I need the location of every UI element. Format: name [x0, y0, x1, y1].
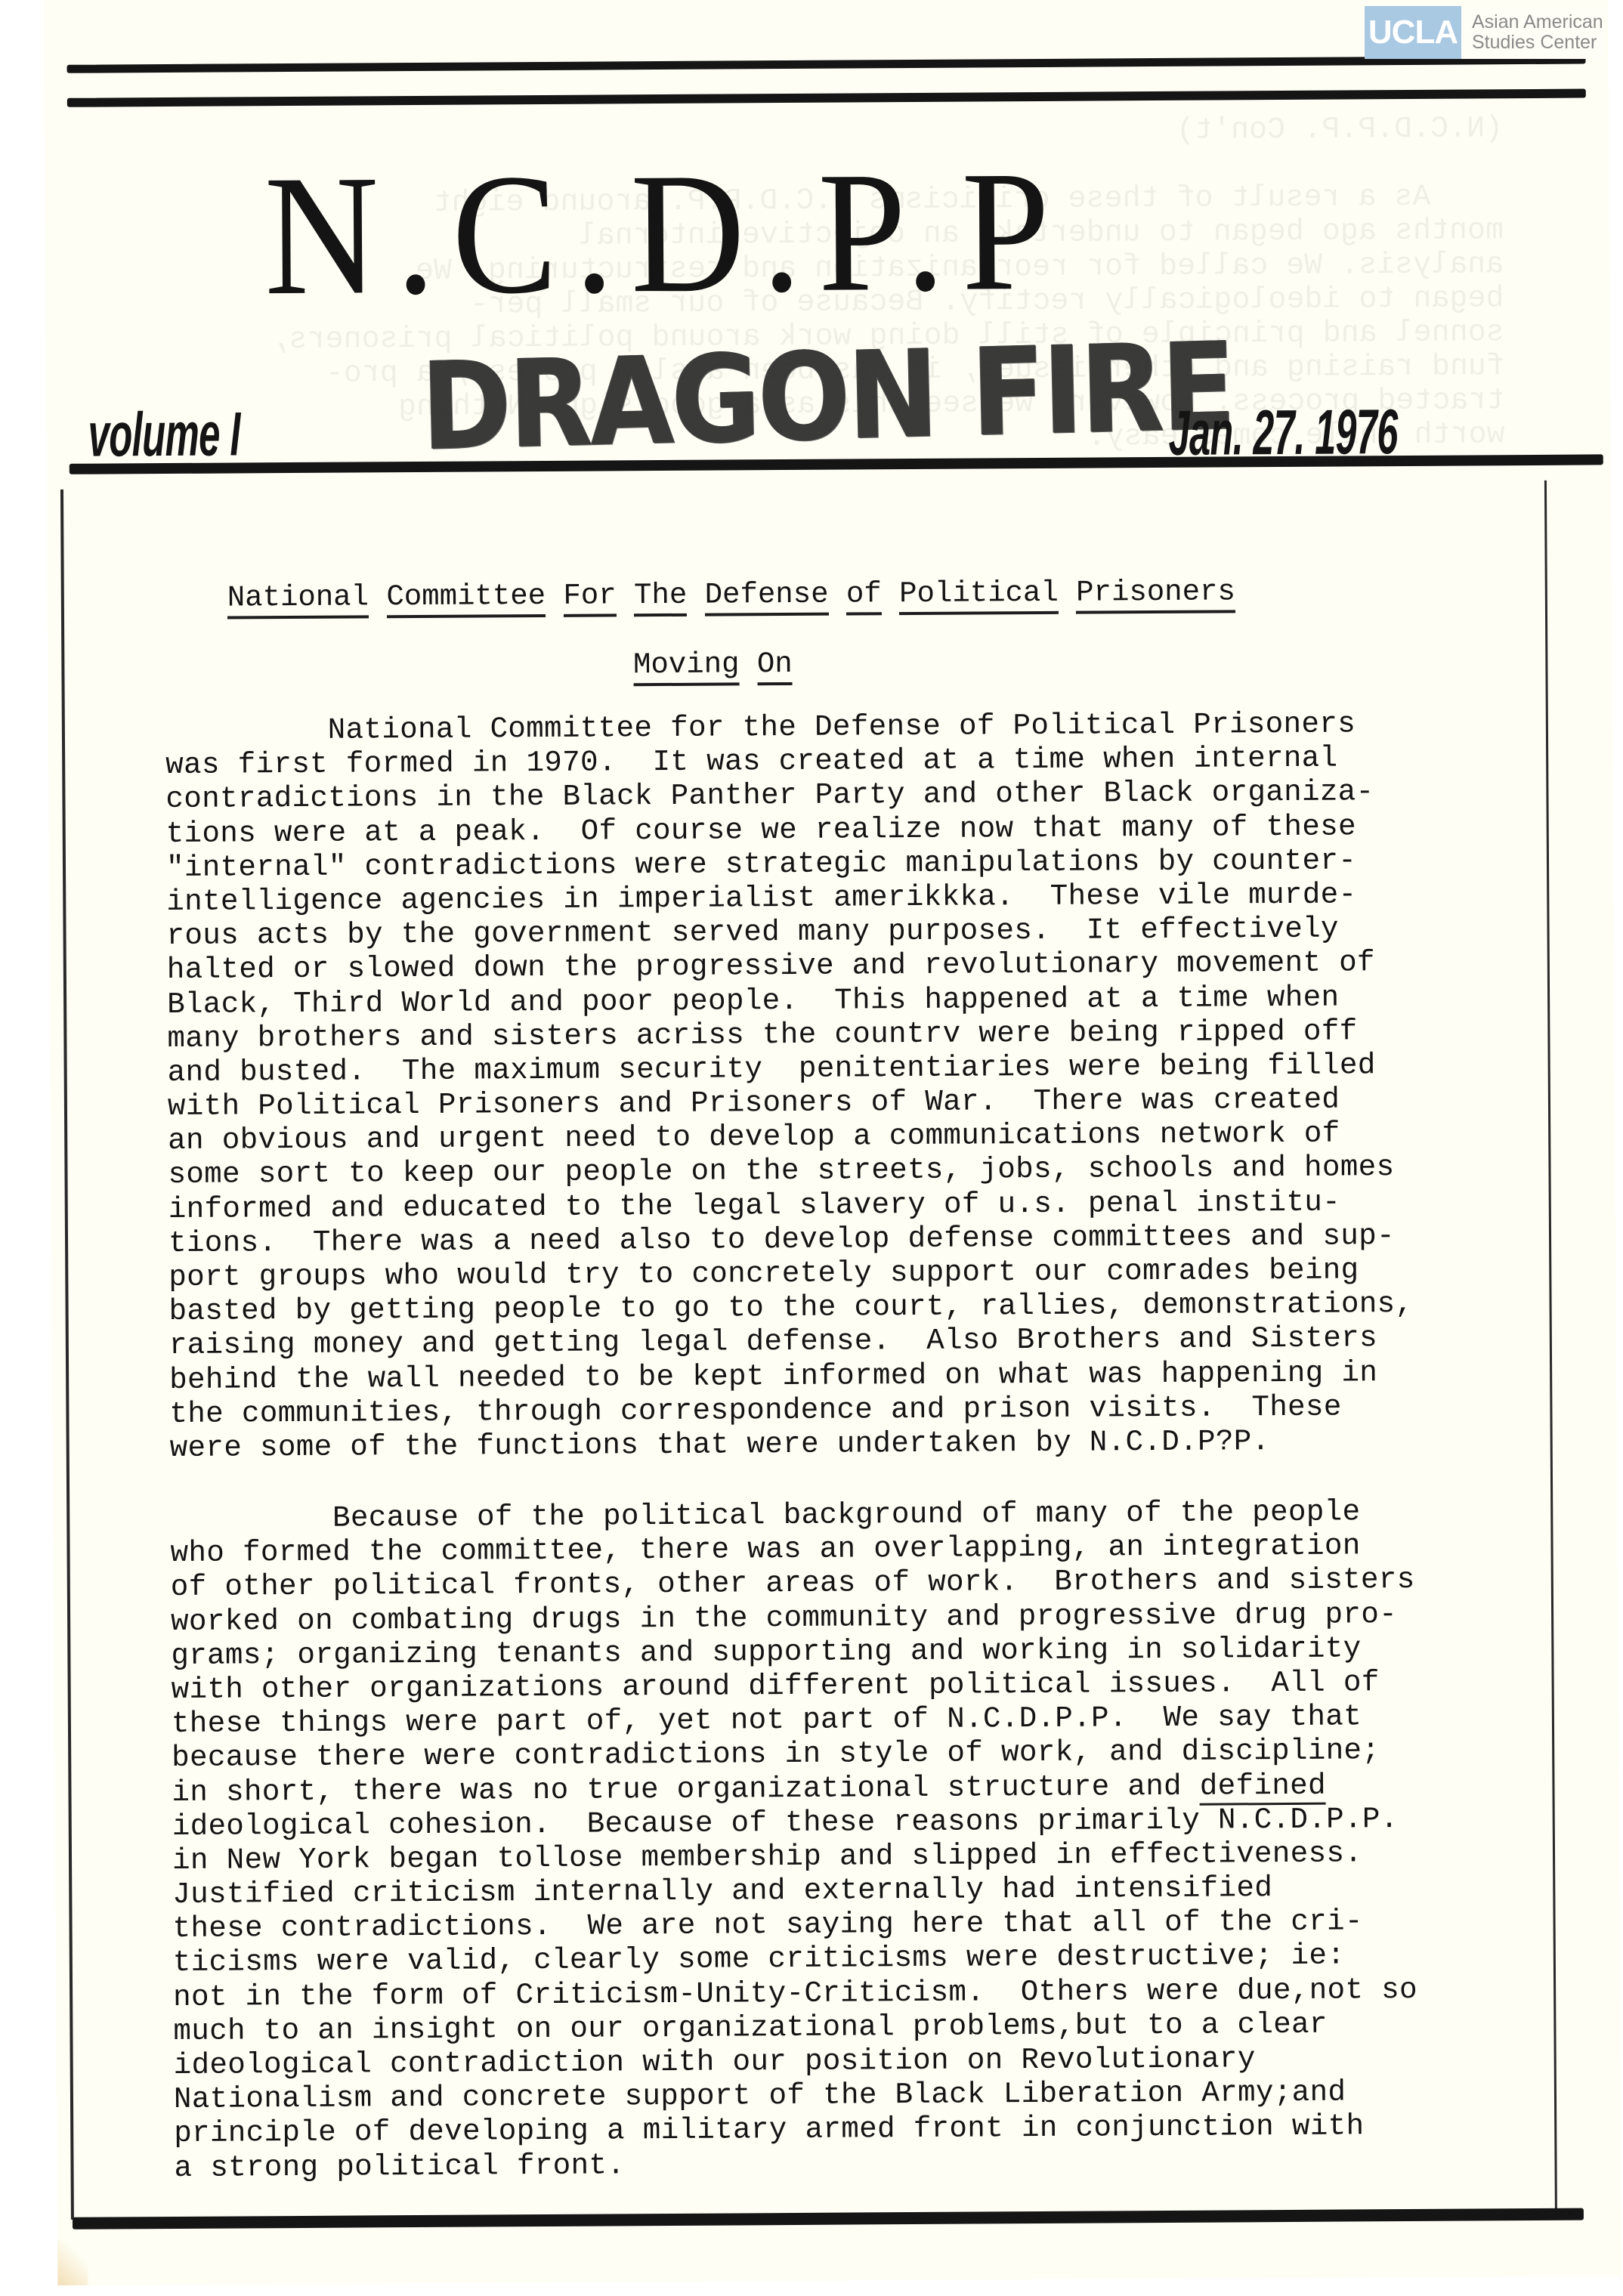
volume-label: volume I: [88, 403, 240, 466]
heading-word: Prisoners: [1076, 575, 1235, 613]
archive-name: Asian American Studies Center: [1472, 12, 1603, 53]
article-paragraph-2: Because of the political background of m…: [170, 1494, 1473, 2185]
title-word: On: [757, 647, 793, 685]
underlined-word: defined: [1200, 1768, 1326, 1805]
ucla-logo: UCLA: [1365, 6, 1461, 59]
newsletter-title: DRAGON FIRE: [420, 326, 1235, 468]
heading-word: The: [634, 579, 688, 616]
archive-name-line-1: Asian American: [1472, 12, 1603, 32]
heading-word: Defense: [705, 578, 829, 616]
archive-badge: UCLA Asian American Studies Center: [1365, 6, 1603, 59]
article-paragraph-1: National Committee for the Defense of Po…: [165, 706, 1470, 1466]
heading-word: Committee: [386, 579, 546, 618]
top-rule-2: [67, 89, 1586, 107]
masthead-acronym: N.C.D.P.P: [264, 144, 1307, 322]
archive-name-line-2: Studies Center: [1472, 32, 1603, 53]
title-word: Moving: [633, 647, 740, 686]
heading-word: National: [227, 580, 369, 619]
newsletter-page: (N.C.D.P.P. Con't) As a result of these …: [44, 0, 1621, 2285]
heading-word: Political: [899, 576, 1059, 615]
heading-word: For: [563, 579, 617, 616]
top-rule-1: [67, 56, 1586, 73]
heading-word: of: [846, 577, 882, 615]
issue-date: Jan. 27. 1976: [1168, 400, 1398, 465]
